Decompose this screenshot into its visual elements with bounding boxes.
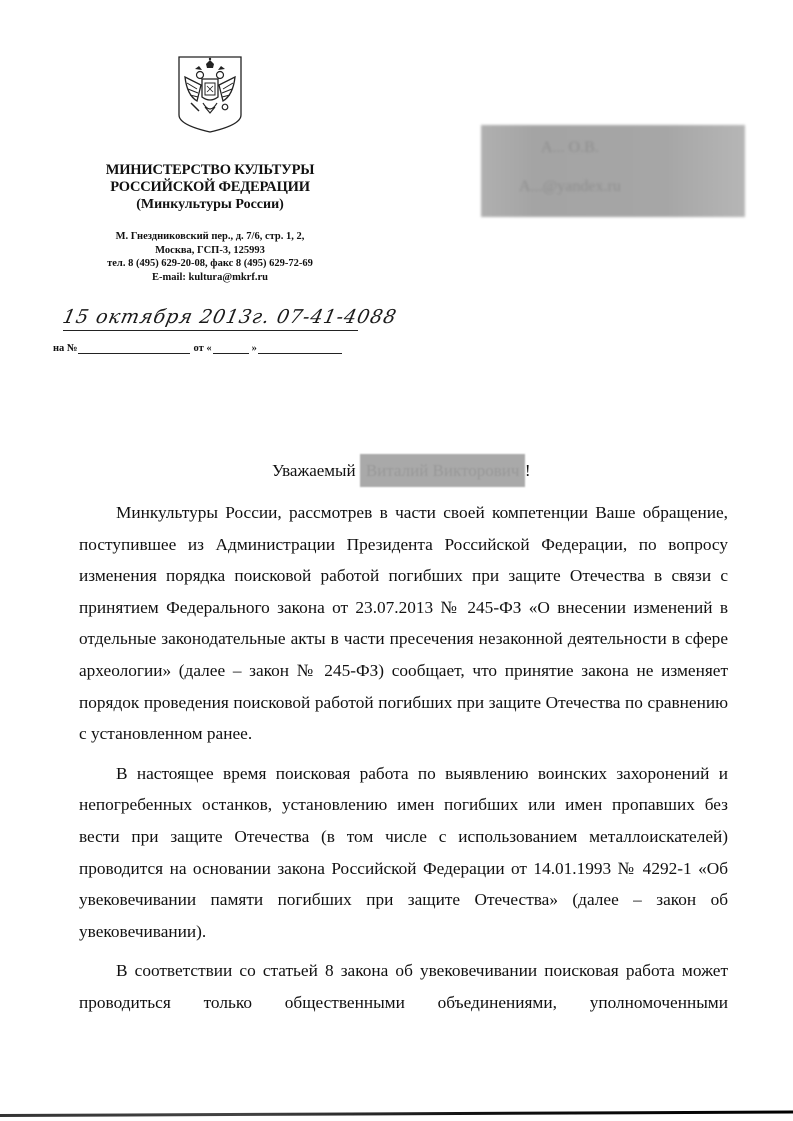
outgoing-handwritten: 15 октября 2013г. 07-41-4088 bbox=[61, 306, 399, 328]
coat-of-arms-icon bbox=[177, 55, 243, 133]
salutation-name-redacted: Виталий Викторович bbox=[360, 454, 525, 487]
address-street: М. Гнездниковский пер., д. 7/6, стр. 1, … bbox=[60, 230, 360, 244]
page-bottom-rule bbox=[0, 1111, 793, 1117]
salutation-suffix: ! bbox=[525, 461, 531, 481]
outgoing-number: 15 октября 2013г. 07-41-4088 bbox=[63, 306, 363, 336]
ministry-address: М. Гнездниковский пер., д. 7/6, стр. 1, … bbox=[60, 230, 360, 284]
address-city: Москва, ГСП-3, 125993 bbox=[60, 244, 360, 258]
reference-day-blank bbox=[213, 342, 249, 354]
reference-date-label: от « bbox=[193, 343, 211, 354]
reference-close-quote: » bbox=[252, 343, 257, 354]
salutation: Уважаемый Виталий Викторович! bbox=[272, 454, 531, 487]
body-paragraph: В настоящее время поисковая работа по вы… bbox=[79, 758, 728, 948]
recipient-block-redacted: А... О.В. А...@yandex.ru bbox=[481, 125, 745, 217]
contact-email: E-mail: kultura@mkrf.ru bbox=[60, 271, 360, 285]
outgoing-underline bbox=[63, 330, 358, 331]
recipient-name: А... О.В. bbox=[541, 139, 599, 157]
letter-body: Минкультуры России, рассмотрев в части с… bbox=[79, 497, 728, 1019]
ministry-short-name: (Минкультуры России) bbox=[60, 196, 360, 213]
body-paragraph: Минкультуры России, рассмотрев в части с… bbox=[79, 497, 728, 750]
reference-month-blank bbox=[258, 342, 342, 354]
ministry-header: МИНИСТЕРСТВО КУЛЬТУРЫ РОССИЙСКОЙ ФЕДЕРАЦ… bbox=[60, 162, 360, 213]
reference-line: на № от « » bbox=[53, 342, 345, 354]
reference-number-blank bbox=[78, 342, 190, 354]
recipient-email: А...@yandex.ru bbox=[519, 178, 621, 196]
salutation-prefix: Уважаемый bbox=[272, 461, 356, 481]
ministry-name-line1: МИНИСТЕРСТВО КУЛЬТУРЫ bbox=[60, 162, 360, 179]
body-paragraph: В соответствии со статьей 8 закона об ув… bbox=[79, 955, 728, 1018]
contact-phone: тел. 8 (495) 629-20-08, факс 8 (495) 629… bbox=[60, 257, 360, 271]
reference-number-label: на № bbox=[53, 343, 77, 354]
ministry-name-line2: РОССИЙСКОЙ ФЕДЕРАЦИИ bbox=[60, 179, 360, 196]
